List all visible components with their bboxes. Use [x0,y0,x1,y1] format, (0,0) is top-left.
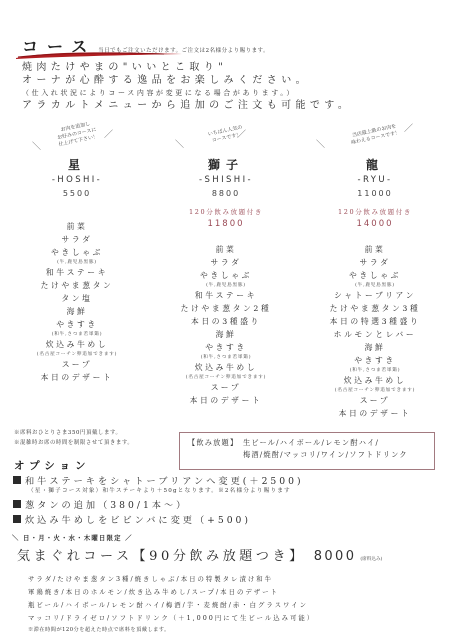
brush-underline-decoration [14,50,184,60]
menu-item: 本日のデザート [2,371,152,384]
all-you-can-drink-box: 【飲み放題】生ビール/ハイボール/レモン酎ハイ/ 梅酒/焼酎/マッコリ/ワイン/… [179,432,435,470]
tax-note: (席料込み) [360,556,382,562]
limited-days-label: ＼ 日・月・火・水・木曜日限定 ／ [12,533,133,542]
drink-list: 梅酒/焼酎/マッコリ/ワイン/ソフトドリンク [188,449,434,461]
slash-decoration: ／ [104,132,113,139]
intro-text: 焼肉たけやまの"いいとこ取り" オーナが心酔する逸品をお楽しみください。 （仕入… [22,62,352,113]
course-tagline: ＼ いちばん人気の コースです！ ／ [151,122,301,156]
kimagure-course-menu: サラダ/たけやま葱タン3種/焼きしゃぶ/本日の特製タレ漬け和牛 軍鶏焼き/本日の… [28,573,315,635]
menu-item: たけやま葱タン3種 [300,302,450,315]
menu-item: 本日のデザート [151,394,301,407]
course-menu: 前菜 サラダ やきしゃぶ (牛,鹿児島黒豚) シャトーブリアン たけやま葱タン3… [300,243,450,420]
menu-item-note: (和牛,さつま若軍鶏) [2,331,152,338]
option-item: 葱タンの追加（380/1本～） [13,497,188,511]
option-text: 葱タンの追加（380/1本～） [25,497,188,511]
kimagure-menu-line: サラダ/たけやま葱タン3種/焼きしゃぶ/本日の特製タレ漬け和牛 [28,573,315,586]
drink-plan-label: 120分飲み放題付き [151,207,301,216]
drink-plan-label: 120分飲み放題付き [300,207,450,216]
course-roman: -SHISHI- [151,175,301,185]
intro-line: （仕入れ状況によりコース内容が変更になる場合があります。） [22,87,352,100]
menu-item: スープ [2,358,152,371]
kimagure-course-name: 気まぐれコース【90分飲み放題つき】 [17,545,306,564]
note-line: ※混雑時お席の時間を制限させて頂きます。 [14,438,133,448]
kimagure-menu-line: 瓶ビール/ハイボール/レモン酎ハイ/梅酒/芋・麦焼酎/赤・白グラスワイン [28,599,315,612]
option-item: 炊込み牛めしをビビンバに変更（+500) [13,512,251,526]
drink-list: 生ビール/ハイボール/レモン酎ハイ/ [243,438,379,447]
menu-item: やきしゃぶ [151,269,301,282]
drink-box-line: 【飲み放題】生ビール/ハイボール/レモン酎ハイ/ [188,437,434,449]
drink-plan-price: 14000 [300,219,450,229]
square-bullet-icon [13,476,21,484]
menu-item-note: (名古屋コーチン卵追加できます) [2,351,152,358]
course-tagline: ＼ 当店最上級のお肉を 味わえるコースです！ ／ [300,122,450,156]
square-bullet-icon [13,515,21,523]
intro-line: オーナが心酔する逸品をお楽しみください。 [22,75,352,88]
tagline-text: いちばん人気の コースです！ [151,113,301,158]
note-line: ※席料おひとりさま350円頂戴します。 [14,428,133,438]
intro-line: 焼肉たけやまの"いいとこ取り" [22,62,352,75]
kimagure-note: ※滞在時間が120分を超えた時点で席料を頂戴します。 [28,625,315,635]
menu-item: シャトーブリアン [300,289,450,302]
menu-item-note: (牛,鹿児島黒豚) [151,282,301,289]
course-roman: -HOSHI- [2,175,152,185]
kimagure-course-price: 8000 [314,549,357,564]
menu-item: 前菜 [151,243,301,256]
menu-item: サラダ [2,233,152,246]
menu-item: やきすき [2,318,152,331]
square-bullet-icon [13,500,21,508]
slash-decoration: ／ [237,132,246,139]
menu-item: 炊込み牛めし [2,338,152,351]
course-menu: 前菜 サラダ やきしゃぶ (牛,鹿児島黒豚) 和牛ステーキ たけやま葱タン2種 … [151,243,301,407]
course-shishi: ＼ いちばん人気の コースです！ ／ 獅子 -SHISHI- 8800 120分… [151,122,301,407]
menu-item: 前菜 [2,220,152,233]
drink-box-head: 【飲み放題】 [188,437,243,449]
menu-item-note: (牛,鹿児島黒豚) [2,259,152,266]
menu-item: 本日の特選3種盛り [300,315,450,328]
course-price: 5500 [2,189,152,198]
option-item: 和牛ステーキをシャトーブリアンへ変更(＋2500) [13,473,304,487]
menu-item: 本日のデザート [300,407,450,420]
option-text: 炊込み牛めしをビビンバに変更（+500) [25,512,251,526]
menu-item: 和牛ステーキ [151,289,301,302]
menu-item: 本日の3種盛り [151,315,301,328]
course-ryu: ＼ 当店最上級のお肉を 味わえるコースです！ ／ 龍 -RYU- 11000 1… [300,122,450,420]
course-tagline: ＼ お肉を追加し お好みのコースに 仕上げて下さい！ ／ [2,122,152,156]
menu-item: スープ [300,394,450,407]
drink-plan-price: 11800 [151,219,301,229]
intro-line: アラカルトメニューから追加のご注文も可能です。 [22,100,352,113]
course-name: 星 [2,156,152,174]
course-roman: -RYU- [300,175,450,185]
menu-item: 炊込み牛めし [151,361,301,374]
seating-notes: ※席料おひとりさま350円頂戴します。 ※混雑時お席の時間を制限させて頂きます。 [14,428,133,448]
menu-item: サラダ [300,256,450,269]
menu-item: 前菜 [300,243,450,256]
menu-item: サラダ [151,256,301,269]
kimagure-menu-line: マッコリ/ドライゼロ/ソフトドリンク（＋1,000円にて生ビール込み可能） [28,612,315,625]
menu-item-note: (和牛,さつま若軍鶏) [151,354,301,361]
menu-item-note: (和牛,さつま若軍鶏) [300,367,450,374]
menu-item: たけやま葱タン2種 [151,302,301,315]
menu-item: スープ [151,381,301,394]
menu-item: ホルモンとレバー [300,328,450,341]
menu-item: やきしゃぶ [2,246,152,259]
menu-item: 海鮮 [2,305,152,318]
menu-item: やきしゃぶ [300,269,450,282]
menu-item: 和牛ステーキ [2,266,152,279]
option-sub-note: （星・獅子コース対象）和牛ステーキより＋50gとなります。※2名様分より賜ります [28,486,291,494]
menu-item: 海鮮 [300,341,450,354]
course-name: 龍 [300,156,450,174]
course-hoshi: ＼ お肉を追加し お好みのコースに 仕上げて下さい！ ／ 星 -HOSHI- 5… [2,122,152,384]
menu-item-note: (名古屋コーチン卵追加できます) [300,387,450,394]
menu-item: やきすき [300,354,450,367]
menu-item: やきすき [151,341,301,354]
course-menu: 前菜 サラダ やきしゃぶ (牛,鹿児島黒豚) 和牛ステーキ たけやま葱タン タン… [2,220,152,384]
menu-item: 海鮮 [151,328,301,341]
course-price: 11000 [300,189,450,198]
kimagure-course-heading: 気まぐれコース【90分飲み放題つき】 8000 (席料込み) [17,545,382,564]
course-price: 8800 [151,189,301,198]
menu-item: タン塩 [2,292,152,305]
option-text: 和牛ステーキをシャトーブリアンへ変更(＋2500) [25,473,304,487]
kimagure-menu-line: 軍鶏焼き/本日のホルモン/炊き込み牛めし/スープ/本日のデザート [28,586,315,599]
tagline-text: お肉を追加し お好みのコースに 仕上げて下さい！ [1,109,152,161]
menu-item: たけやま葱タン [2,279,152,292]
course-name: 獅子 [151,156,301,174]
menu-item-note: (牛,鹿児島黒豚) [300,282,450,289]
tagline-text: 当店最上級のお肉を 味わえるコースです！ [300,113,450,158]
slash-decoration: ／ [404,126,413,133]
options-title: オプション [14,458,91,473]
menu-item-note: (名古屋コーチン卵追加できます) [151,374,301,381]
tagline-line: 当店最上級のお肉を [300,113,448,151]
tagline-line: いちばん人気の [151,113,299,151]
menu-item: 炊込み牛めし [300,374,450,387]
